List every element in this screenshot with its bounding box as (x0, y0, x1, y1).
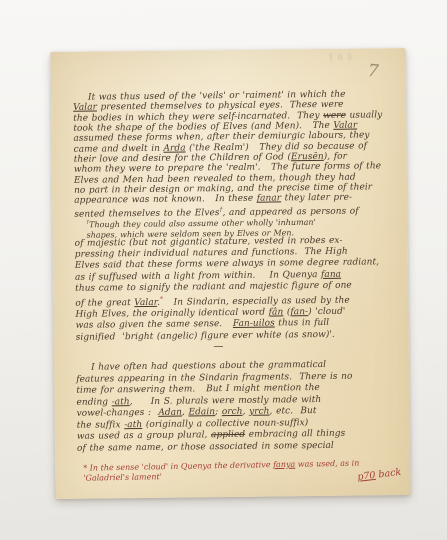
manuscript-text-segment: applied (211, 430, 245, 440)
manuscript-text-segment: the suffix (77, 420, 125, 431)
manuscript-text-segment: time for answering them. But I might men… (76, 383, 320, 396)
faint-archive-mark: 103 (329, 53, 356, 62)
manuscript-text-segment: ending (76, 397, 111, 407)
manuscript-text-segment: (originally a collective noun-suffix) (142, 418, 308, 430)
manuscript-text-segment: came and dwelt in (74, 143, 164, 154)
manuscript-text-segment: of the same name, or those associated in… (77, 440, 334, 453)
manuscript-text-segment: , etc. But (269, 406, 316, 417)
manuscript-text-segment: p70 (357, 470, 376, 483)
manuscript-text-segment: fân (269, 308, 284, 318)
manuscript-text-segment: 'Galadriel's lament' (83, 472, 162, 482)
manuscript-text-segment: Edain (188, 407, 215, 417)
manuscript-text-segment: -ath (124, 420, 142, 430)
manuscript-text-segment: was also given the same sense. (76, 319, 233, 331)
manuscript-line: of the same name, or those associated in… (77, 440, 353, 455)
manuscript-text-segment: Valar (333, 121, 357, 131)
photograph-background: 103 7 It was thus used of the 'veils' or… (0, 0, 447, 540)
manuscript-text-segment: In Sindarin, especially as used by the (163, 296, 350, 308)
manuscript-text-segment: -ath (112, 397, 130, 407)
manuscript-text-segment: back (375, 467, 402, 481)
manuscript-line: p70 back (357, 467, 402, 483)
pencil-page-number: 7 (367, 61, 380, 82)
manuscript-text-segment: was used, as in (295, 459, 359, 469)
manuscript-text-segment: Arda (163, 143, 185, 153)
manuscript-text-segment: Fan-uilos (233, 319, 275, 329)
manuscript-text-segment: was used as a group plural, (77, 430, 211, 442)
manuscript-text-segment: embracing all things (245, 429, 345, 440)
manuscript-text-segment: yrch (249, 407, 270, 417)
manuscript-text-segment: , In S. plurals were mostly made with (130, 394, 322, 406)
manuscript-text-segment: orch (222, 407, 243, 417)
manuscript-text-segment: were (323, 110, 346, 120)
paragraph-sindarin-plurals: I have often had questions about the gra… (76, 360, 353, 455)
manuscript-text-segment: Erusēn (291, 152, 324, 162)
manuscript-text-segment: fanya (273, 460, 295, 469)
manuscript-text-segment: usually (346, 110, 382, 120)
manuscript-text-segment: Adan (158, 408, 182, 418)
manuscript-text-segment: they later pre- (281, 193, 352, 204)
manuscript-text-segment: Valar (134, 298, 157, 308)
red-footnote-fanya: * In the sense 'cloud' in Quenya the der… (83, 459, 360, 484)
manuscript-text-segment: ), for (324, 152, 347, 162)
manuscript-text-segment: High Elves, the originally identical wor… (75, 308, 268, 320)
paragraph-valar-fanar: It was thus used of the 'veils' or 'raim… (73, 89, 383, 220)
manuscript-text-segment: fan- (290, 307, 308, 317)
manuscript-text-segment: of the great (75, 298, 134, 309)
manuscript-text-segment: I have often had questions about the gra… (91, 360, 326, 373)
manuscript-text-segment: vowel-changes : (77, 408, 159, 419)
manuscript-text-segment: fana (321, 269, 341, 279)
manuscript-text-segment: fanar (257, 194, 282, 204)
red-page-reference: p70 back (357, 467, 402, 483)
manuscript-text-segment: thus in full (275, 318, 330, 329)
paragraph-fana-continued: of majestic (but not gigantic) stature, … (75, 235, 380, 343)
manuscript-text-segment: Valar (73, 103, 97, 113)
section-divider: — (76, 340, 361, 354)
manuscript-text-segment: ) 'cloud' (308, 307, 345, 317)
manuscript-page: 103 7 It was thus used of the 'veils' or… (50, 48, 410, 499)
